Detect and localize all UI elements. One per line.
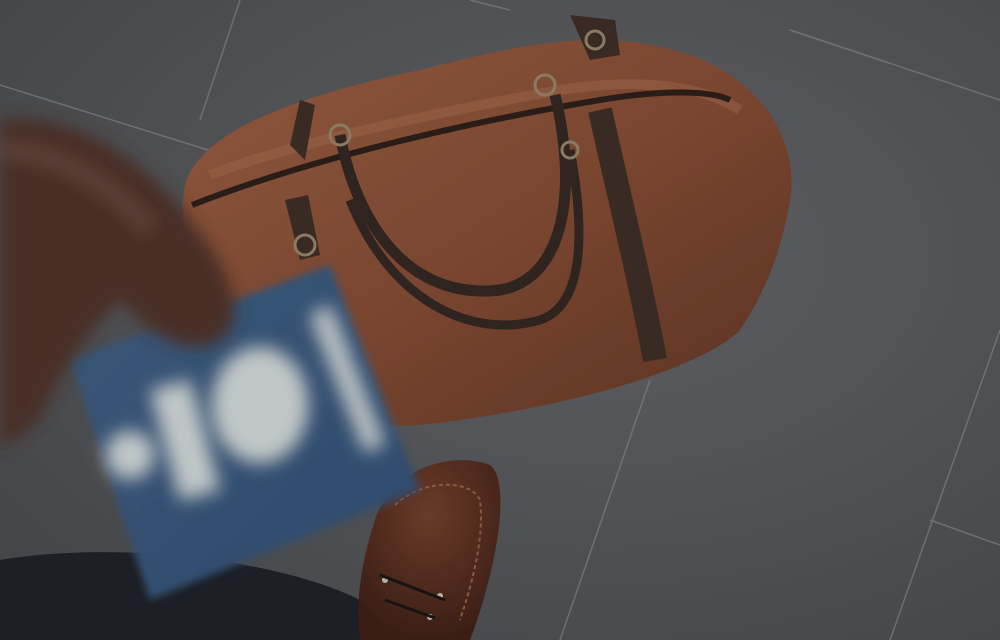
passport-emblem-dot bbox=[106, 431, 154, 479]
photo-illustration bbox=[0, 0, 1000, 640]
photo-scene: Top-down photo of a brown leather duffel… bbox=[0, 0, 1000, 640]
